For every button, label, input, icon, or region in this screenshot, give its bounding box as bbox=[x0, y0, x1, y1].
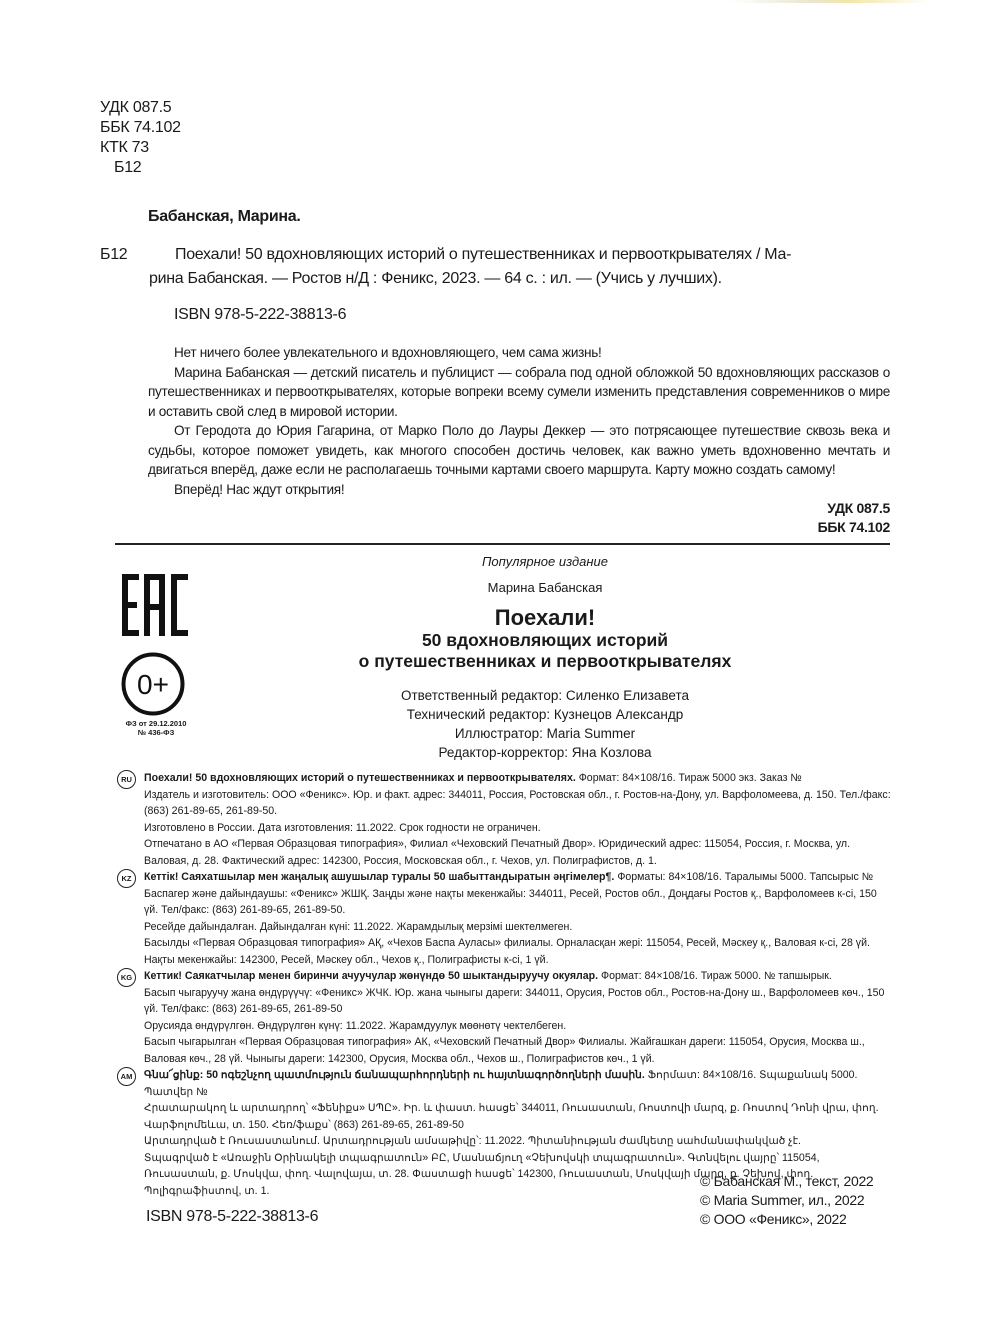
copyright-line: © Maria Summer, ил., 2022 bbox=[700, 1191, 873, 1210]
svg-text:0+: 0+ bbox=[137, 669, 169, 700]
copyright-line: © ООО «Феникс», 2022 bbox=[700, 1210, 873, 1229]
legal-line: Форматы: 84×108/16. Таралымы 5000. Тапсы… bbox=[617, 871, 873, 883]
ktk-code: КТК 73 bbox=[100, 138, 181, 158]
bbk-right: ББК 74.102 bbox=[818, 518, 890, 537]
legal-block-ru: RU Поехали! 50 вдохновляющих историй о п… bbox=[118, 770, 893, 869]
legal-info: RU Поехали! 50 вдохновляющих историй о п… bbox=[118, 770, 893, 1199]
kg-badge-icon: KG bbox=[117, 968, 136, 987]
am-badge-icon: AM bbox=[117, 1067, 136, 1086]
legal-title: Գնա՜ցինք: 50 ոգեշնչող պատմություն ճանապա… bbox=[144, 1069, 645, 1081]
law-line-2: № 436-ФЗ bbox=[118, 728, 194, 737]
legal-line: Басып чыгарылган «Первая Образцовая типо… bbox=[144, 1034, 893, 1067]
bib-line-1: Поехали! 50 вдохновляющих историй о путе… bbox=[175, 243, 890, 267]
copyrights: © Бабанская М., текст, 2022 © Maria Summ… bbox=[700, 1172, 873, 1229]
kz-badge-icon: KZ bbox=[117, 869, 136, 888]
author-mark: Б12 bbox=[100, 158, 181, 178]
legal-line: Издатель и изготовитель: ООО «Феникс». Ю… bbox=[144, 787, 893, 820]
legal-line: Басып чыгаруучу жана өндүрүүчү: «Феникс»… bbox=[144, 985, 893, 1018]
bib-code: Б12 bbox=[100, 243, 127, 267]
bibliographic-record: Б12 Поехали! 50 вдохновляющих историй о … bbox=[100, 243, 890, 291]
annotation-paragraph: Вперёд! Нас ждут открытия! bbox=[148, 480, 890, 500]
scan-artifact bbox=[730, 0, 930, 3]
annotation-paragraph: Нет ничего более увлекательного и вдохно… bbox=[148, 343, 890, 363]
credit-line: Ответственный редактор: Силенко Елизавет… bbox=[345, 686, 745, 705]
annotation-paragraph: Марина Бабанская — детский писатель и пу… bbox=[148, 363, 890, 422]
udk-bbk-right: УДК 087.5 ББК 74.102 bbox=[818, 499, 890, 537]
divider-line bbox=[115, 543, 890, 545]
legal-title: Кеттік! Саяхатшылар мен жаңалық ашушылар… bbox=[144, 871, 614, 883]
bib-line-2: рина Бабанская. — Ростов н/Д : Феникс, 2… bbox=[149, 267, 890, 291]
law-line-1: ФЗ от 29.12.2010 bbox=[118, 719, 194, 728]
ru-badge-icon: RU bbox=[117, 770, 136, 789]
subtitle-line-2: о путешественниках и первооткрывателях bbox=[345, 651, 745, 672]
bbk-code: ББК 74.102 bbox=[100, 118, 181, 138]
legal-line: Баспагер және дайындаушы: «Феникс» ЖШҚ. … bbox=[144, 886, 893, 919]
legal-block-kz: KZ Кеттік! Саяхатшылар мен жаңалық ашушы… bbox=[118, 869, 893, 968]
legal-title: Поехали! 50 вдохновляющих историй о путе… bbox=[144, 772, 576, 784]
book-title: Поехали! bbox=[345, 606, 745, 630]
legal-line: Արտադրված է Ռուսաստանում. Արտադրության ա… bbox=[144, 1133, 893, 1150]
legal-title: Кеттик! Саякатчылар менен биринчи ачуучу… bbox=[144, 970, 598, 982]
annotation: Нет ничего более увлекательного и вдохно… bbox=[148, 343, 890, 499]
legal-block-kg: KG Кеттик! Саякатчылар менен биринчи ачу… bbox=[118, 968, 893, 1067]
annotation-paragraph: От Геродота до Юрия Гагарина, от Марко П… bbox=[148, 421, 890, 480]
credit-line: Редактор-корректор: Яна Козлова bbox=[345, 743, 745, 762]
udk-code: УДК 087.5 bbox=[100, 98, 181, 118]
author-heading: Бабанская, Марина. bbox=[148, 208, 301, 226]
legal-line: Изготовлено в России. Дата изготовления:… bbox=[144, 820, 893, 837]
legal-line: Формат: 84×108/16. Тираж 5000 экз. Заказ… bbox=[579, 772, 802, 784]
legal-line: Орусияда өндүрүлгөн. Өндүрүлгөн күнү: 11… bbox=[144, 1018, 893, 1035]
book-subtitle: 50 вдохновляющих историй о путешественни… bbox=[345, 630, 745, 672]
credit-line: Иллюстратор: Maria Summer bbox=[345, 724, 745, 743]
legal-line: Ресейде дайындалған. Дайындалған күні: 1… bbox=[144, 919, 893, 936]
imprint-author: Марина Бабанская bbox=[345, 580, 745, 595]
classification-codes: УДК 087.5 ББК 74.102 КТК 73 Б12 bbox=[100, 98, 181, 178]
legal-line: Басылды «Первая Образцовая типография» А… bbox=[144, 935, 893, 968]
udk-right: УДК 087.5 bbox=[818, 499, 890, 518]
isbn-bottom: ISBN 978-5-222-38813-6 bbox=[146, 1208, 318, 1226]
eac-icon bbox=[122, 574, 188, 636]
credit-line: Технический редактор: Кузнецов Александр bbox=[345, 705, 745, 724]
subtitle-line-1: 50 вдохновляющих историй bbox=[345, 630, 745, 651]
law-reference: ФЗ от 29.12.2010 № 436-ФЗ bbox=[118, 719, 194, 737]
isbn-top: ISBN 978-5-222-38813-6 bbox=[174, 306, 346, 324]
age-rating-icon: 0+ bbox=[121, 652, 185, 716]
copyright-line: © Бабанская М., текст, 2022 bbox=[700, 1172, 873, 1191]
credits: Ответственный редактор: Силенко Елизавет… bbox=[345, 686, 745, 762]
legal-line: Հրատարակող և արտադրող՝ «Ֆենիքս» ՍՊԸ». Իր… bbox=[144, 1100, 893, 1133]
edition-type: Популярное издание bbox=[345, 554, 745, 569]
legal-line: Отпечатано в АО «Первая Образцовая типог… bbox=[144, 836, 893, 869]
legal-line: Формат: 84×108/16. Тираж 5000. № тапшыры… bbox=[601, 970, 832, 982]
